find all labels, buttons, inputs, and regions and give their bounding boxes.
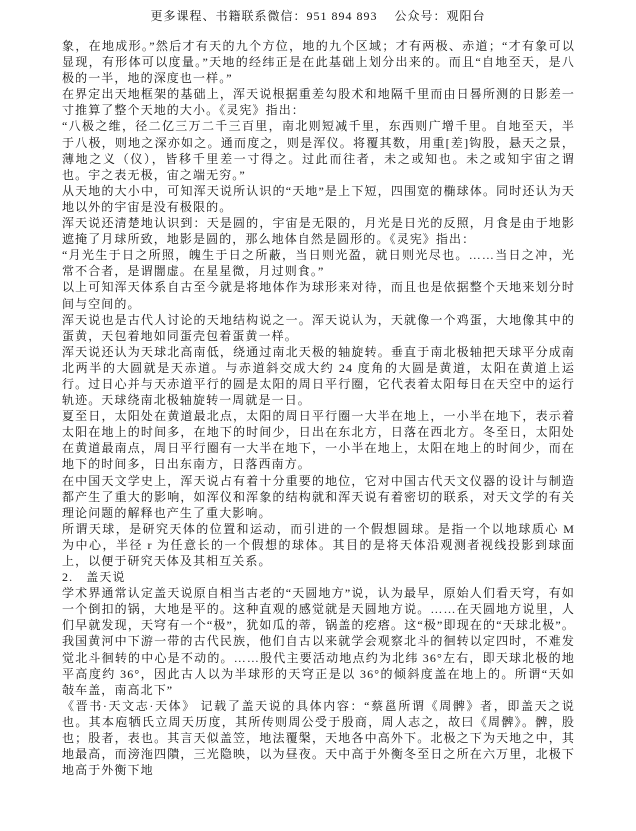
paragraph: 浑天说还清楚地认识到：天是圆的，宇宙是无限的，月光是日光的反照，月食是由于地影遮… <box>62 215 575 247</box>
section-heading-gaitianshuo: 2. 盖天说 <box>62 569 575 585</box>
paragraph: 以上可知浑天体系自古至今就是将地体作为球形来对待，而且也是依据整个天地来划分时间… <box>62 279 575 311</box>
paragraph: 象，在地成形。”然后才有天的九个方位，地的九个区域；才有两极、赤道；“才有象可以… <box>62 38 575 86</box>
paragraph: 在界定出天地框架的基础上，浑天说根据重差勾股术和地隔千里而由日晷所测的日影差一寸… <box>62 86 575 118</box>
page-header-contact-line: 更多课程、书籍联系微信：951 894 893 公众号：观阳台 <box>0 7 636 24</box>
paragraph: 夏至日，太阳处在黄道最北点，太阳的周日平行圈一大半在地上，一小半在地下，表示着太… <box>62 408 575 472</box>
paragraph: 学术界通常认定盖天说原自相当古老的“天圆地方”说，认为最早，原始人们看天穹，有如… <box>62 585 575 698</box>
paragraph: “月光生于日之所照，魄生于日之所蔽，当日则光盈，就日则光尽也。……当日之冲，光常… <box>62 247 575 279</box>
paragraph: “八极之维，径二亿三万二千三百里，南北则短减千里，东西则广增千里。自地至天，半于… <box>62 118 575 182</box>
paragraph: 浑天说也是古代人讨论的天地结构说之一。浑天说认为，天就像一个鸡蛋，大地像其中的蛋… <box>62 312 575 344</box>
document-page: 更多课程、书籍联系微信：951 894 893 公众号：观阳台 象，在地成形。”… <box>0 0 636 831</box>
paragraph: 所谓天球，是研究天体的位置和运动，而引进的一个假想圆球。是指一个以地球质心 M … <box>62 521 575 569</box>
paragraph: 《晋书·天文志·天体》 记载了盖天说的具体内容：“蔡邕所谓《周髀》者，即盖天之说… <box>62 698 575 778</box>
paragraph: 在中国天文学史上，浑天说占有着十分重要的地位，它对中国古代天文仪器的设计与制造都… <box>62 473 575 521</box>
paragraph: 浑天说还认为天球北高南低，绕通过南北天极的轴旋转。垂直于南北极轴把天球平分成南北… <box>62 344 575 408</box>
document-body: 象，在地成形。”然后才有天的九个方位，地的九个区域；才有两极、赤道；“才有象可以… <box>62 38 575 778</box>
paragraph: 从天地的大小中，可知浑天说所认识的“天地”是上下短，四围宽的椭球体。同时还认为天… <box>62 183 575 215</box>
